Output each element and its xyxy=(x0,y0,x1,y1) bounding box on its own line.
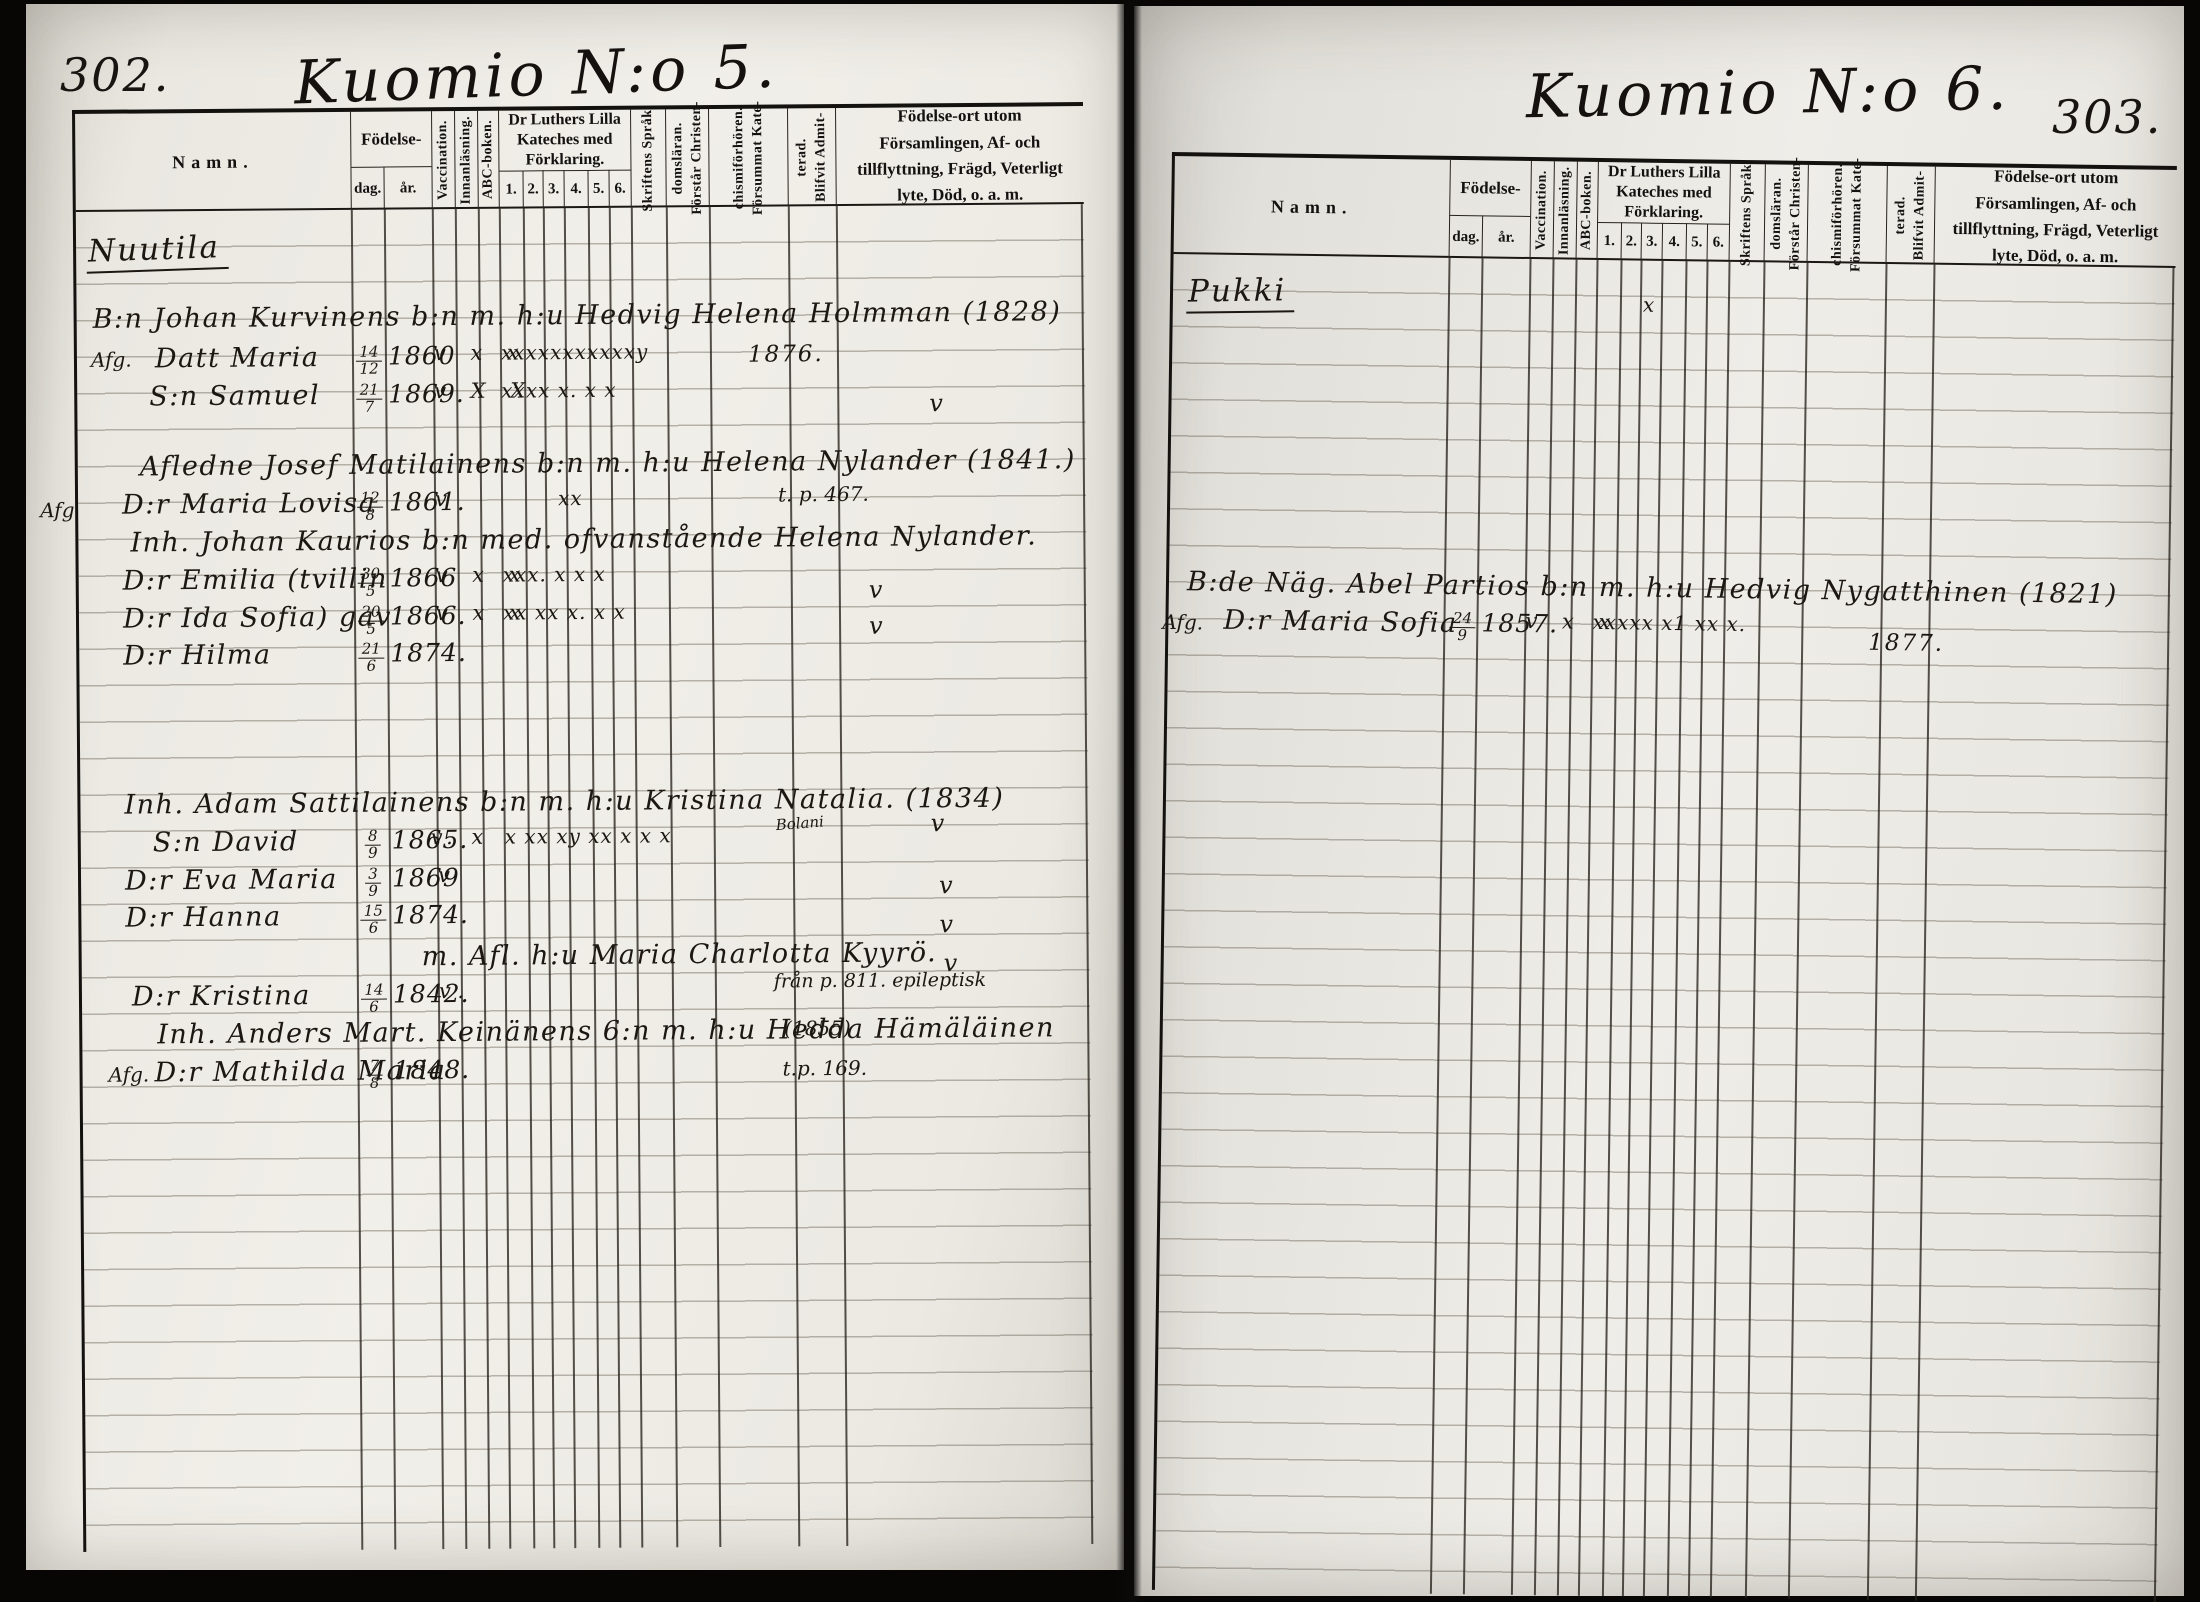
birth-year: 1874. xyxy=(390,638,467,668)
birth-day: 205 xyxy=(356,605,386,638)
col-blifvit: Blifvit Admit-terad. xyxy=(1886,166,1935,265)
col-k2: 2. xyxy=(1621,222,1642,260)
col-skriftens: Skriftens Språk. xyxy=(630,109,666,207)
col-innanlasning-label: Innanläsning. xyxy=(458,116,475,205)
reference-note: t. p. 467. xyxy=(778,482,869,507)
col-blifvit-line2: terad. xyxy=(794,138,810,177)
page-number-right: 303. xyxy=(2052,90,2162,144)
kateches-marks: xxx. x x x xyxy=(503,562,606,587)
col-innanlasning: Innanläsning. xyxy=(454,111,478,209)
book-gutter xyxy=(1116,0,1142,1602)
admitted-year: 1877. xyxy=(1868,630,1944,657)
birth-year: 1874. xyxy=(392,900,469,930)
col-fodelse-label: Födelse- xyxy=(1460,178,1521,199)
entry-name: Afledne Josef Matilainens b:n m. h:u Hel… xyxy=(140,444,1076,482)
col-kateches-label: Dr Luthers Lilla Kateches med Förklaring… xyxy=(1598,162,1730,224)
entry-name: D:r Ida Sofia) gav xyxy=(123,602,392,635)
col-namn-label: Namn. xyxy=(172,151,254,173)
col-k4-label: 4. xyxy=(1669,234,1680,251)
col-forsummat: Försummat Kate-chismiförhören. xyxy=(1807,165,1887,264)
kateches-marks: x xx xy xx x x x xyxy=(505,823,672,848)
col-dag-label: dag. xyxy=(1452,228,1479,245)
col-k6: 6. xyxy=(608,170,630,208)
admitted-year: 1876. xyxy=(748,341,824,368)
stray-mark: x xyxy=(1643,293,1656,317)
birth-day: 78 xyxy=(359,1059,389,1092)
col-forstar-line1: Förstår Christen- xyxy=(1787,157,1805,271)
col-vaccination-label: Vaccination. xyxy=(1534,170,1551,250)
reference-note: t.p. 169. xyxy=(782,1056,867,1081)
reading-marks: v. x xyxy=(431,825,490,849)
birth-month-num: 7 xyxy=(365,399,375,415)
col-k6-label: 6. xyxy=(614,181,625,198)
col-blifvit: Blifvit Admit-terad. xyxy=(787,108,836,206)
col-ar: år. xyxy=(1482,215,1531,259)
col-k5-label: 5. xyxy=(1691,234,1702,251)
birth-month-num: 9 xyxy=(368,883,378,899)
col-abc-boken: ABC-boken. xyxy=(1576,162,1598,260)
col-forsummat: Försummat Kate-chismiförhören. xyxy=(708,108,788,207)
entry-name: D:r Maria Lovisa xyxy=(122,488,376,521)
col-k5-label: 5. xyxy=(593,181,604,198)
reference-note: (1855) xyxy=(784,1016,851,1041)
margin-note: Afg. xyxy=(91,348,132,372)
col-innanlasning: Innanläsning. xyxy=(1553,161,1577,259)
entry-name: D:r Maria Sofia xyxy=(1223,605,1458,639)
col-namn: Namn. xyxy=(75,112,351,212)
entry-name: Datt Maria xyxy=(155,342,320,374)
col-abc-boken: ABC-boken. xyxy=(477,111,499,209)
birth-day: 39 xyxy=(358,867,388,900)
page-left: 302. Kuomio N:o 5. Namn. Födelse- dag. å… xyxy=(26,4,1124,1570)
col-dag: dag. xyxy=(350,167,383,210)
reading-marks: v. xyxy=(439,979,473,1003)
col-k4: 4. xyxy=(563,170,587,208)
col-skriftens: Skriftens Språk. xyxy=(1729,164,1765,262)
entry-name: B:n Johan Kurvinens b:n m. h:u Hedvig He… xyxy=(93,296,1062,335)
entry-name: D:r Kristina xyxy=(132,980,311,1012)
col-fodelseort-label: Födelse-ort utom Församlingen, Af- och t… xyxy=(843,102,1076,209)
margin-note: Afg. xyxy=(1162,610,1203,635)
col-fodelse: Födelse- xyxy=(1449,160,1531,216)
birth-day: 1412 xyxy=(354,345,384,378)
col-k3-label: 3. xyxy=(548,181,559,198)
entry-name: D:r Hilma xyxy=(123,639,271,671)
col-namn-label: Namn. xyxy=(1271,196,1353,218)
col-blifvit-line1: Blifvit Admit- xyxy=(813,112,830,202)
col-forstar-line2: domsläran. xyxy=(670,122,687,194)
col-k5: 5. xyxy=(1686,223,1708,261)
page-number-left: 302. xyxy=(60,48,170,102)
col-fodelseort: Födelse-ort utom Församlingen, Af- och t… xyxy=(835,106,1084,206)
table-header: Namn. Födelse- dag. år. Vaccination. Inn… xyxy=(1174,156,2177,268)
col-forsummat-line2: chismiförhören. xyxy=(730,106,747,209)
margin-note: Afg. xyxy=(108,1062,149,1086)
col-vaccination: Vaccination. xyxy=(431,111,455,209)
book-scan: 302. Kuomio N:o 5. Namn. Födelse- dag. å… xyxy=(0,0,2200,1602)
col-fodelseort: Födelse-ort utom Församlingen, Af- och t… xyxy=(1934,167,2177,268)
col-ar: år. xyxy=(383,166,431,209)
birth-day: 128 xyxy=(355,491,385,524)
col-forsummat-line1: Försummat Kate- xyxy=(749,100,766,215)
col-blifvit-line1: Blifvit Admit- xyxy=(1912,170,1929,260)
col-fodelse: Födelse- xyxy=(350,111,431,167)
col-kateches: Dr Luthers Lilla Kateches med Förklaring… xyxy=(1597,162,1730,224)
ledger-table-left: Namn. Födelse- dag. år. Vaccination. Inn… xyxy=(72,102,1094,1552)
col-k4-label: 4. xyxy=(570,181,581,198)
col-abc-boken-label: ABC-boken. xyxy=(1579,171,1596,251)
col-fodelseort-label: Födelse-ort utom Församlingen, Af- och t… xyxy=(1940,163,2171,272)
kateches-marks: xxxx x. x x xyxy=(501,378,617,403)
check-mark: v xyxy=(929,389,943,417)
entry-name: m. Afl. h:u Maria Charlotta Kyyrö. xyxy=(422,937,938,972)
col-abc-boken-label: ABC-boken. xyxy=(480,120,497,199)
birth-month-num: 6 xyxy=(369,999,379,1015)
col-k1: 1. xyxy=(1597,222,1622,260)
entry-name: D:r Hanna xyxy=(125,901,282,933)
col-namn: Namn. xyxy=(1174,156,1450,258)
col-kateches: Dr Luthers Lilla Kateches med Förklaring… xyxy=(498,110,630,171)
ruled-lines xyxy=(1155,254,2176,1602)
entry-name: Inh. Adam Sattilainens b:n m. h:u Kristi… xyxy=(124,783,1004,821)
col-forstar: Förstår Christen-domsläran. xyxy=(665,109,709,207)
col-innanlasning-label: Innanläsning. xyxy=(1557,166,1574,255)
birth-month-num: 6 xyxy=(367,658,377,674)
entry-name: S:n David xyxy=(153,826,299,858)
table-row: S:n Samuel 217 1869. v X X xxxx x. x x v xyxy=(77,374,1085,418)
col-dag-label: dag. xyxy=(354,180,381,197)
col-forsummat-line1: Försummat Kate- xyxy=(1848,157,1866,272)
col-k2: 2. xyxy=(522,170,542,208)
col-k5: 5. xyxy=(587,170,608,208)
col-forstar-line2: domsläran. xyxy=(1768,177,1785,250)
col-k2-label: 2. xyxy=(527,181,538,198)
col-dag: dag. xyxy=(1449,215,1483,258)
birth-month-num: 9 xyxy=(368,845,378,861)
col-k1-label: 1. xyxy=(505,182,516,199)
birth-day: 146 xyxy=(359,983,389,1016)
birth-month-num: 12 xyxy=(359,361,378,377)
col-vaccination-label: Vaccination. xyxy=(435,120,452,200)
col-forsummat-line2: chismiförhören. xyxy=(1829,163,1846,266)
col-blifvit-line2: terad. xyxy=(1893,196,1910,235)
col-skriftens-label: Skriftens Språk. xyxy=(1738,160,1755,266)
birth-month-num: 5 xyxy=(366,583,376,599)
col-ar-label: år. xyxy=(400,180,417,197)
col-k1: 1. xyxy=(498,170,522,208)
birth-month-num: 5 xyxy=(366,621,376,637)
check-mark: v xyxy=(939,910,953,938)
col-k4: 4. xyxy=(1662,223,1687,261)
kateches-marks: xx xx x. x x xyxy=(503,600,626,625)
section-heading: Nuutila xyxy=(85,229,228,274)
col-skriftens-label: Skriftens Språk. xyxy=(640,105,657,211)
reading-marks: v xyxy=(435,487,456,511)
page-right: 303. Kuomio N:o 6. Namn. Födelse- dag. å… xyxy=(1134,6,2184,1596)
margin-note: Afg xyxy=(40,498,74,522)
table-header: Namn. Födelse- dag. år. Vaccination. Inn… xyxy=(75,106,1084,212)
birth-month-num: 8 xyxy=(370,1075,380,1091)
birth-day: 89 xyxy=(358,829,388,862)
col-k6-label: 6. xyxy=(1713,235,1724,252)
entry-name: Inh. Anders Mart. Keinänens 6:n m. h:u H… xyxy=(157,1012,1055,1050)
entry-name: D:r Emilia (tvillin xyxy=(123,564,388,597)
entry-name: Inh. Johan Kaurios b:n med. ofvanstående… xyxy=(130,520,1037,558)
birth-day: 249 xyxy=(1447,611,1477,644)
entry-name: D:r Eva Maria xyxy=(125,864,338,897)
col-forstar-line1: Förstår Christen- xyxy=(688,101,705,215)
col-k3: 3. xyxy=(542,170,563,208)
col-k3-label: 3. xyxy=(1646,234,1657,251)
birth-year: 1848. xyxy=(393,1055,470,1085)
col-vaccination: Vaccination. xyxy=(1530,161,1554,259)
col-kateches-label: Dr Luthers Lilla Kateches med Förklaring… xyxy=(499,110,630,171)
col-k6: 6. xyxy=(1707,223,1730,261)
table-row: Inh. Adam Sattilainens b:n m. h:u Kristi… xyxy=(80,782,1088,826)
birth-month-num: 9 xyxy=(1457,628,1467,644)
birth-month-num: 6 xyxy=(369,920,379,936)
reference-note: från p. 811. epileptisk xyxy=(774,969,986,993)
col-k2-label: 2. xyxy=(1626,233,1637,250)
birth-day: 216 xyxy=(356,642,386,675)
birth-day: 156 xyxy=(358,904,388,937)
kateches-marks: xxxxx x1 xx x. xyxy=(1592,610,1746,636)
kateches-marks: xxxxxxxxxxxy xyxy=(501,339,649,364)
page-title-right: Kuomio N:o 6. xyxy=(1525,54,2011,132)
col-forstar: Förstår Christen-domsläran. xyxy=(1764,164,1808,263)
col-fodelse-label: Födelse- xyxy=(361,129,422,149)
birth-day: 217 xyxy=(354,383,384,416)
check-mark: v xyxy=(939,871,953,899)
kateches-marks: xx xyxy=(558,486,583,510)
birth-day: 305 xyxy=(356,567,386,600)
entry-name: S:n Samuel xyxy=(149,380,320,412)
col-ar-label: år. xyxy=(1498,229,1515,246)
ledger-table-right: Namn. Födelse- dag. år. Vaccination. Inn… xyxy=(1152,152,2177,1602)
birth-month-num: 8 xyxy=(365,507,375,523)
col-k3: 3. xyxy=(1641,223,1663,261)
reading-marks: v xyxy=(438,863,459,887)
col-k1-label: 1. xyxy=(1604,233,1615,250)
